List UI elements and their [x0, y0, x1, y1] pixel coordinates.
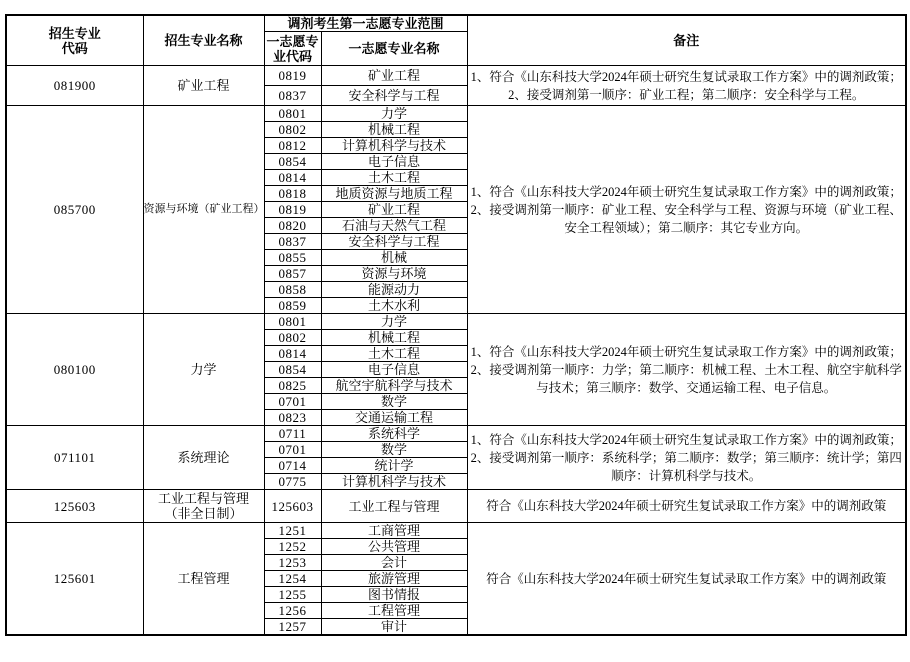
- first-choice-code-cell: 0858: [264, 282, 321, 298]
- admission-code-cell: 081900: [6, 66, 143, 106]
- first-choice-name-cell: 矿业工程: [321, 66, 467, 86]
- first-choice-code-cell: 0701: [264, 442, 321, 458]
- first-choice-code-cell: 0801: [264, 314, 321, 330]
- remark-cell: 1、符合《山东科技大学2024年硕士研究生复试录取工作方案》中的调剂政策；2、接…: [467, 426, 906, 490]
- first-choice-code-cell: 0820: [264, 218, 321, 234]
- first-choice-code-cell: 0819: [264, 202, 321, 218]
- admission-code-cell: 080100: [6, 314, 143, 426]
- first-choice-name-cell: 会计: [321, 555, 467, 571]
- first-choice-name-cell: 矿业工程: [321, 202, 467, 218]
- first-choice-code-cell: 0819: [264, 66, 321, 86]
- admission-code-cell: 125603: [6, 490, 143, 523]
- first-choice-name-cell: 工业工程与管理: [321, 490, 467, 523]
- first-choice-name-cell: 机械工程: [321, 330, 467, 346]
- first-choice-code-cell: 1257: [264, 619, 321, 636]
- admission-name-cell: 资源与环境（矿业工程）: [143, 106, 264, 314]
- remark-cell: 1、符合《山东科技大学2024年硕士研究生复试录取工作方案》中的调剂政策；2、接…: [467, 314, 906, 426]
- first-choice-name-cell: 电子信息: [321, 362, 467, 378]
- first-choice-code-cell: 1254: [264, 571, 321, 587]
- first-choice-name-cell: 力学: [321, 314, 467, 330]
- first-choice-name-cell: 航空宇航科学与技术: [321, 378, 467, 394]
- first-choice-code-cell: 0711: [264, 426, 321, 442]
- first-choice-name-cell: 计算机科学与技术: [321, 138, 467, 154]
- first-choice-code-cell: 0854: [264, 362, 321, 378]
- table-row: 071101 系统理论 0711 系统科学 1、符合《山东科技大学2024年硕士…: [6, 426, 906, 442]
- remark-cell: 符合《山东科技大学2024年硕士研究生复试录取工作方案》中的调剂政策: [467, 490, 906, 523]
- admission-code-cell: 071101: [6, 426, 143, 490]
- first-choice-name-cell: 土木水利: [321, 298, 467, 314]
- first-choice-name-cell: 安全科学与工程: [321, 86, 467, 106]
- first-choice-code-cell: 0802: [264, 330, 321, 346]
- first-choice-name-cell: 数学: [321, 394, 467, 410]
- table-row: 081900 矿业工程 0819 矿业工程 1、符合《山东科技大学2024年硕士…: [6, 66, 906, 86]
- admission-code-cell: 125601: [6, 523, 143, 636]
- admission-name-cell: 力学: [143, 314, 264, 426]
- first-choice-code-cell: 0701: [264, 394, 321, 410]
- admission-code-cell: 085700: [6, 106, 143, 314]
- first-choice-code-cell: 0859: [264, 298, 321, 314]
- adjustment-notice-page: 招生专业代码 招生专业名称 调剂考生第一志愿专业范围 备注 一志愿专业代码 一志…: [0, 0, 910, 662]
- first-choice-code-cell: 0802: [264, 122, 321, 138]
- first-choice-code-cell: 0825: [264, 378, 321, 394]
- first-choice-code-cell: 1253: [264, 555, 321, 571]
- first-choice-code-cell: 0823: [264, 410, 321, 426]
- first-choice-code-cell: 1251: [264, 523, 321, 539]
- first-choice-code-cell: 0857: [264, 266, 321, 282]
- first-choice-name-cell: 地质资源与地质工程: [321, 186, 467, 202]
- first-choice-name-cell: 电子信息: [321, 154, 467, 170]
- first-choice-code-cell: 0714: [264, 458, 321, 474]
- first-choice-name-cell: 土木工程: [321, 170, 467, 186]
- table-row: 125601 工程管理 1251 工商管理 符合《山东科技大学2024年硕士研究…: [6, 523, 906, 539]
- first-choice-code-cell: 1252: [264, 539, 321, 555]
- transfer-major-table: 招生专业代码 招生专业名称 调剂考生第一志愿专业范围 备注 一志愿专业代码 一志…: [5, 14, 907, 636]
- first-choice-code-cell: 0814: [264, 170, 321, 186]
- header-admission-name: 招生专业名称: [143, 15, 264, 66]
- first-choice-name-cell: 机械工程: [321, 122, 467, 138]
- first-choice-name-cell: 统计学: [321, 458, 467, 474]
- first-choice-name-cell: 力学: [321, 106, 467, 122]
- first-choice-code-cell: 1256: [264, 603, 321, 619]
- first-choice-name-cell: 资源与环境: [321, 266, 467, 282]
- table-row: 080100 力学 0801 力学 1、符合《山东科技大学2024年硕士研究生复…: [6, 314, 906, 330]
- first-choice-code-cell: 0818: [264, 186, 321, 202]
- first-choice-code-cell: 0837: [264, 234, 321, 250]
- first-choice-name-cell: 石油与天然气工程: [321, 218, 467, 234]
- first-choice-name-cell: 计算机科学与技术: [321, 474, 467, 490]
- first-choice-name-cell: 系统科学: [321, 426, 467, 442]
- header-first-choice-code: 一志愿专业代码: [264, 32, 321, 66]
- remark-cell: 1、符合《山东科技大学2024年硕士研究生复试录取工作方案》中的调剂政策；2、接…: [467, 66, 906, 106]
- first-choice-name-cell: 图书情报: [321, 587, 467, 603]
- first-choice-code-cell: 0801: [264, 106, 321, 122]
- header-admission-code: 招生专业代码: [6, 15, 143, 66]
- header-first-choice-name: 一志愿专业名称: [321, 32, 467, 66]
- admission-name-cell: 系统理论: [143, 426, 264, 490]
- first-choice-code-cell: 0855: [264, 250, 321, 266]
- first-choice-name-cell: 公共管理: [321, 539, 467, 555]
- header-remark: 备注: [467, 15, 906, 66]
- remark-cell: 1、符合《山东科技大学2024年硕士研究生复试录取工作方案》中的调剂政策；2、接…: [467, 106, 906, 314]
- first-choice-name-cell: 机械: [321, 250, 467, 266]
- first-choice-code-cell: 0854: [264, 154, 321, 170]
- first-choice-code-cell: 0775: [264, 474, 321, 490]
- first-choice-name-cell: 土木工程: [321, 346, 467, 362]
- first-choice-name-cell: 旅游管理: [321, 571, 467, 587]
- admission-name-cell: 工程管理: [143, 523, 264, 636]
- first-choice-code-cell: 0812: [264, 138, 321, 154]
- first-choice-code-cell: 0837: [264, 86, 321, 106]
- admission-name-cell: 矿业工程: [143, 66, 264, 106]
- header-transfer-scope: 调剂考生第一志愿专业范围: [264, 15, 467, 32]
- first-choice-code-cell: 125603: [264, 490, 321, 523]
- first-choice-name-cell: 数学: [321, 442, 467, 458]
- first-choice-code-cell: 0814: [264, 346, 321, 362]
- first-choice-name-cell: 安全科学与工程: [321, 234, 467, 250]
- admission-name-cell: 工业工程与管理（非全日制）: [143, 490, 264, 523]
- table-row: 125603 工业工程与管理（非全日制） 125603 工业工程与管理 符合《山…: [6, 490, 906, 523]
- first-choice-name-cell: 能源动力: [321, 282, 467, 298]
- first-choice-name-cell: 审计: [321, 619, 467, 636]
- first-choice-name-cell: 工商管理: [321, 523, 467, 539]
- first-choice-name-cell: 交通运输工程: [321, 410, 467, 426]
- first-choice-code-cell: 1255: [264, 587, 321, 603]
- remark-cell: 符合《山东科技大学2024年硕士研究生复试录取工作方案》中的调剂政策: [467, 523, 906, 636]
- first-choice-name-cell: 工程管理: [321, 603, 467, 619]
- table-row: 085700 资源与环境（矿业工程） 0801 力学 1、符合《山东科技大学20…: [6, 106, 906, 122]
